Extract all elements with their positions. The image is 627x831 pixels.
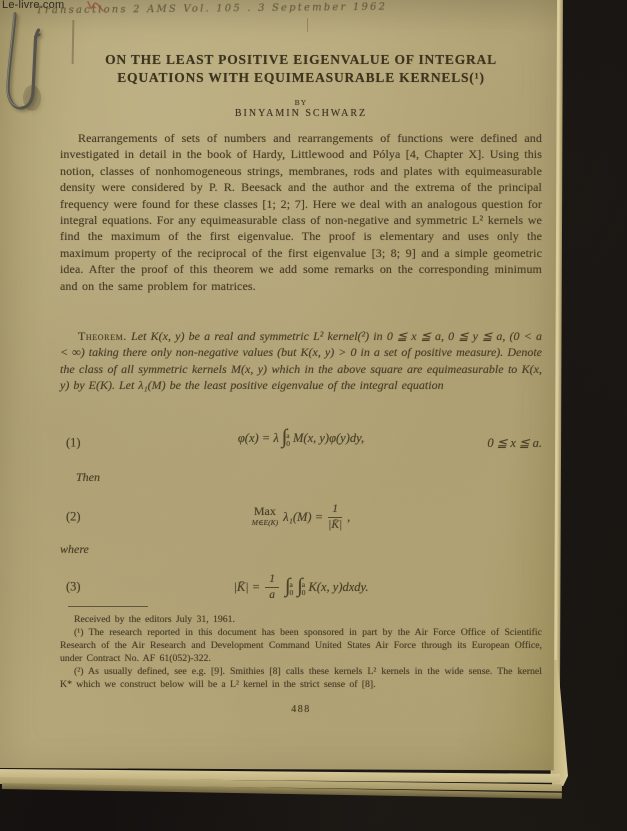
equation-2-number: (2) bbox=[66, 510, 81, 525]
equation-1-number: (1) bbox=[66, 436, 81, 451]
fraction: 1 a bbox=[265, 573, 279, 602]
where-label: where bbox=[60, 542, 89, 557]
equation-2: (2) Max M∈E(K) λ₁(M) = 1 |K̄| , bbox=[60, 498, 542, 536]
equation-2-tail: , bbox=[347, 510, 350, 525]
integral-icon: ∫ a 0 bbox=[297, 577, 305, 597]
page-number: 488 bbox=[60, 704, 542, 715]
author-name: BINYAMIN SCHWARZ bbox=[60, 108, 542, 119]
page-content: ON THE LEAST POSITIVE EIGENVALUE OF INTE… bbox=[60, 0, 542, 775]
max-operator: Max M∈E(K) bbox=[252, 505, 278, 529]
paper-page: Transactions 2 AMS Vol. 105 . 3 Septembe… bbox=[0, 0, 557, 775]
red-pencil-mark bbox=[86, 0, 106, 14]
paper-title-line1: ON THE LEAST POSITIVE EIGENVALUE OF INTE… bbox=[60, 51, 542, 69]
equation-1: (1) φ(x) = λ ∫ a 0 M(x, y)φ(y)dy, 0 ≦ x … bbox=[60, 428, 542, 458]
scanned-photo: Transactions 2 AMS Vol. 105 . 3 Septembe… bbox=[0, 0, 627, 831]
then-label: Then bbox=[76, 470, 100, 485]
watermark-text: Le-livre.com bbox=[2, 0, 64, 11]
received-note: Received by the editors July 31, 1961. bbox=[60, 613, 542, 626]
equation-1-condition: 0 ≦ x ≦ a. bbox=[487, 435, 542, 451]
equation-1-rhs: M(x, y)φ(y)dy, bbox=[293, 431, 364, 446]
equation-3: (3) |K̄| = 1 a ∫ a 0 ∫ bbox=[60, 568, 542, 606]
theorem-label: Theorem. bbox=[78, 329, 127, 343]
fraction: 1 |K̄| bbox=[328, 503, 342, 532]
equation-3-rhs: K(x, y)dxdy. bbox=[308, 580, 368, 595]
theorem-text: Let K(x, y) be a real and symmetric L² k… bbox=[60, 329, 542, 392]
integral-icon: ∫ a 0 bbox=[282, 428, 290, 448]
paper-title-line2: EQUATIONS WITH EQUIMEASURABLE KERNELS(¹) bbox=[60, 69, 542, 87]
footnote-2: (²) As usually defined, see e.g. [9]. Sm… bbox=[60, 665, 542, 691]
paperclip-icon bbox=[2, 10, 50, 114]
equation-3-number: (3) bbox=[66, 580, 81, 595]
equation-3-lhs: |K̄| = bbox=[233, 580, 260, 595]
theorem-paragraph: Theorem. Let K(x, y) be a real and symme… bbox=[60, 328, 542, 394]
introduction-paragraph: Rearrangements of sets of numbers and re… bbox=[60, 130, 542, 294]
paper-title: ON THE LEAST POSITIVE EIGENVALUE OF INTE… bbox=[60, 51, 542, 86]
footnote-rule bbox=[68, 606, 148, 607]
equation-1-lhs: φ(x) = λ bbox=[238, 431, 279, 446]
integral-icon: ∫ a 0 bbox=[285, 577, 293, 597]
footnote-1: (¹) The research reported in this docume… bbox=[60, 626, 542, 665]
equation-2-mid: λ₁(M) = bbox=[283, 510, 323, 525]
footnotes: Received by the editors July 31, 1961. (… bbox=[60, 613, 542, 691]
byline-label: BY bbox=[60, 98, 542, 107]
